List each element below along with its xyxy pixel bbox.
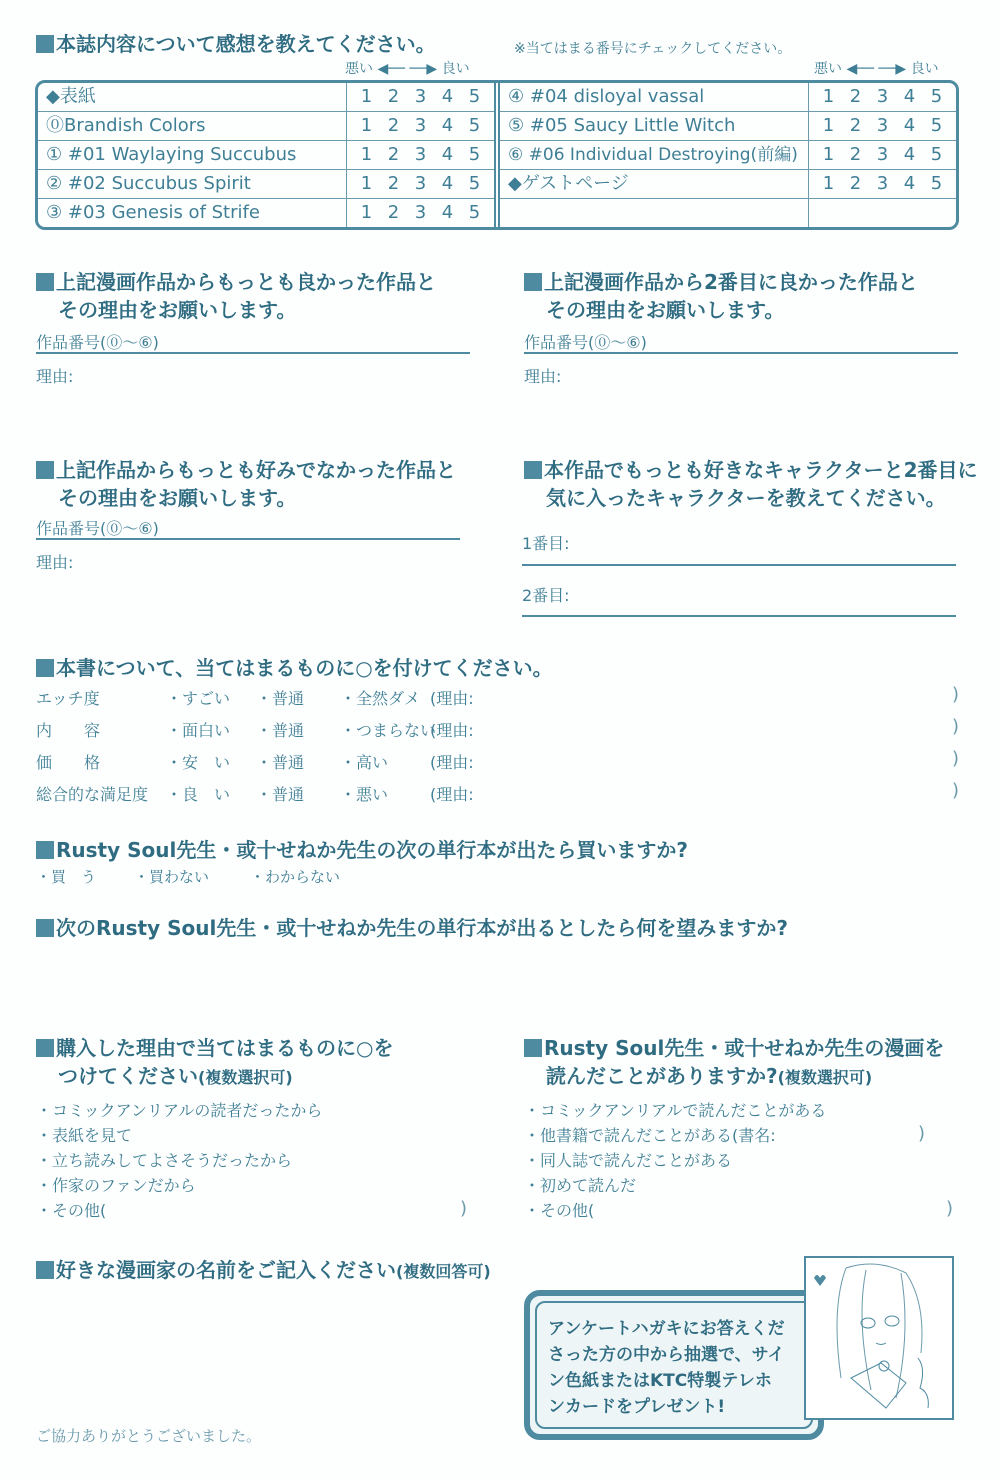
eval-reason-label: (理由: xyxy=(430,750,474,773)
rating-table-right: ④ #04 disloyal vassal12345 ⑤ #05 Saucy L… xyxy=(500,83,956,227)
purchase-other-close: ) xyxy=(460,1198,467,1219)
rating-3[interactable]: 3 xyxy=(877,170,888,198)
rating-3[interactable]: 3 xyxy=(877,112,888,140)
eval-row-label: 内 容 xyxy=(36,718,100,741)
rating-row-label: ⓪Brandish Colors xyxy=(38,112,346,140)
square-bullet-icon xyxy=(524,1039,542,1057)
read-before-options: ・コミックアンリアルで読んだことがある ・他書籍で読んだことがある(書名: ・同… xyxy=(524,1098,826,1223)
eval-option[interactable]: ・普通 xyxy=(256,782,304,805)
read-book-title-close: ) xyxy=(918,1123,925,1144)
rating-2[interactable]: 2 xyxy=(850,141,861,169)
read-before-heading: Rusty Soul先生・或十せねか先生の漫画を読んだことがありますか?(複数選… xyxy=(524,1034,944,1092)
purchase-option[interactable]: ・立ち読みしてよさそうだったから xyxy=(36,1148,322,1173)
rating-2[interactable]: 2 xyxy=(388,141,399,169)
square-bullet-icon xyxy=(36,841,54,859)
rating-row-label: ◆ゲストページ xyxy=(500,170,808,198)
rating-1[interactable]: 1 xyxy=(823,83,834,111)
character-first-field[interactable] xyxy=(522,564,956,566)
rating-3[interactable]: 3 xyxy=(877,141,888,169)
illustration-sketch-icon xyxy=(806,1258,952,1418)
rating-5[interactable]: 5 xyxy=(931,83,942,111)
eval-reason-label: (理由: xyxy=(430,782,474,805)
rating-options[interactable]: 12345 xyxy=(346,83,494,111)
rating-table: ◆表紙12345 ⓪Brandish Colors12345 ① #01 Way… xyxy=(35,80,959,230)
rating-3[interactable]: 3 xyxy=(415,199,426,227)
best-work-number-field[interactable] xyxy=(36,352,470,354)
purchase-option[interactable]: ・表紙を見て xyxy=(36,1123,322,1148)
rating-row: ⑤ #05 Saucy Little Witch12345 xyxy=(500,112,956,141)
eval-reason-close: ) xyxy=(952,684,959,705)
eval-option[interactable]: ・高い xyxy=(340,750,388,773)
square-bullet-icon xyxy=(36,659,54,677)
rating-2[interactable]: 2 xyxy=(388,199,399,227)
rating-row-label xyxy=(500,199,808,227)
rating-4[interactable]: 4 xyxy=(904,170,915,198)
rating-options[interactable]: 12345 xyxy=(808,141,956,169)
best-work-number-label: 作品番号(⓪〜⑥) xyxy=(36,330,159,353)
rating-1[interactable]: 1 xyxy=(361,170,372,198)
rating-1[interactable]: 1 xyxy=(361,83,372,111)
square-bullet-icon xyxy=(36,461,54,479)
rating-5[interactable]: 5 xyxy=(469,112,480,140)
rating-4[interactable]: 4 xyxy=(442,141,453,169)
second-work-heading: 上記漫画作品から2番目に良かった作品とその理由をお願いします。 xyxy=(524,268,918,324)
rating-row: ③ #03 Genesis of Strife12345 xyxy=(38,199,494,227)
rating-row: ① #01 Waylaying Succubus12345 xyxy=(38,141,494,170)
eval-option[interactable]: ・普通 xyxy=(256,718,304,741)
eval-reason-close: ) xyxy=(952,716,959,737)
promo-box: アンケートハガキにお答えくだ さった方の中から抽選で、サイ ン色紙またはKTC特… xyxy=(524,1290,824,1440)
read-option[interactable]: ・同人誌で読んだことがある xyxy=(524,1148,826,1173)
buy-next-heading: Rusty Soul先生・或十せねか先生の次の単行本が出たら買いますか? xyxy=(36,836,688,864)
scale-bad-label: 悪い xyxy=(345,61,373,77)
worst-work-number-label: 作品番号(⓪〜⑥) xyxy=(36,516,159,539)
rating-5[interactable]: 5 xyxy=(931,141,942,169)
rating-row: ◆表紙12345 xyxy=(38,83,494,112)
second-work-number-label: 作品番号(⓪〜⑥) xyxy=(524,330,647,353)
eval-reason-close: ) xyxy=(952,780,959,801)
scale-bad-label: 悪い xyxy=(814,61,842,77)
purchase-option-other[interactable]: ・その他( xyxy=(36,1198,322,1223)
rating-1[interactable]: 1 xyxy=(823,141,834,169)
second-work-number-field[interactable] xyxy=(524,352,958,354)
rating-options-empty xyxy=(808,199,956,227)
eval-option[interactable]: ・すごい xyxy=(166,686,230,709)
eval-row-label: 価 格 xyxy=(36,750,100,773)
eval-option[interactable]: ・全然ダメ xyxy=(340,686,420,709)
worst-work-reason-label: 理由: xyxy=(36,550,73,573)
rating-options[interactable]: 12345 xyxy=(346,112,494,140)
eval-reason-label: (理由: xyxy=(430,686,474,709)
rating-1[interactable]: 1 xyxy=(361,141,372,169)
square-bullet-icon xyxy=(36,1039,54,1057)
rating-options[interactable]: 12345 xyxy=(346,199,494,227)
rating-row-label: ◆表紙 xyxy=(38,83,346,111)
characters-heading: 本作品でもっとも好きなキャラクターと2番目に気に入ったキャラクターを教えてくださ… xyxy=(524,456,978,512)
eval-option[interactable]: ・安 い xyxy=(166,750,230,773)
character-illustration xyxy=(804,1256,954,1420)
read-other-close: ) xyxy=(946,1198,953,1219)
rating-5[interactable]: 5 xyxy=(469,199,480,227)
favorite-artists-heading: 好きな漫画家の名前をご記入ください(複数回答可) xyxy=(36,1256,491,1286)
eval-option[interactable]: ・良 い xyxy=(166,782,230,805)
read-option[interactable]: ・コミックアンリアルで読んだことがある xyxy=(524,1098,826,1123)
scale-arrow-icon: ◀── ──▶ xyxy=(377,61,437,77)
rating-row: ⓪Brandish Colors12345 xyxy=(38,112,494,141)
rating-2[interactable]: 2 xyxy=(388,170,399,198)
buy-option-unsure[interactable]: ・わからない xyxy=(250,866,340,887)
wish-heading: 次のRusty Soul先生・或十せねか先生の単行本が出るとしたら何を望みますか… xyxy=(36,914,788,942)
worst-work-number-field[interactable] xyxy=(36,538,460,540)
eval-row-label: エッチ度 xyxy=(36,686,100,709)
rating-row: ② #02 Succubus Spirit12345 xyxy=(38,170,494,199)
square-bullet-icon xyxy=(524,461,542,479)
rating-4[interactable]: 4 xyxy=(904,83,915,111)
rating-row-label: ① #01 Waylaying Succubus xyxy=(38,141,346,169)
rating-2[interactable]: 2 xyxy=(388,112,399,140)
square-bullet-icon xyxy=(524,273,542,291)
eval-option[interactable]: ・普通 xyxy=(256,686,304,709)
square-bullet-icon xyxy=(36,919,54,937)
scale-good-label: 良い xyxy=(442,61,470,77)
rating-5[interactable]: 5 xyxy=(469,170,480,198)
eval-option[interactable]: ・悪い xyxy=(340,782,388,805)
character-second-label: 2番目: xyxy=(522,583,570,606)
purchase-reason-options: ・コミックアンリアルの読者だったから ・表紙を見て ・立ち読みしてよさそうだった… xyxy=(36,1098,322,1223)
rating-options[interactable]: 12345 xyxy=(808,83,956,111)
eval-option[interactable]: ・つまらない xyxy=(340,718,436,741)
rating-1[interactable]: 1 xyxy=(823,170,834,198)
rating-options[interactable]: 12345 xyxy=(808,112,956,140)
promo-text: アンケートハガキにお答えくだ さった方の中から抽選で、サイ ン色紙またはKTC特… xyxy=(548,1316,785,1420)
eval-reason-label: (理由: xyxy=(430,718,474,741)
rating-3[interactable]: 3 xyxy=(415,83,426,111)
rating-5[interactable]: 5 xyxy=(469,141,480,169)
second-work-reason-field[interactable] xyxy=(524,386,958,436)
rating-5[interactable]: 5 xyxy=(469,83,480,111)
rating-row-label: ④ #04 disloyal vassal xyxy=(500,83,808,111)
rating-4[interactable]: 4 xyxy=(442,112,453,140)
eval-reason-close: ) xyxy=(952,748,959,769)
thanks-message: ご協力ありがとうございました。 xyxy=(36,1425,261,1446)
scale-legend-right: 悪い ◀── ──▶ 良い xyxy=(814,58,939,78)
rating-3[interactable]: 3 xyxy=(415,112,426,140)
book-eval-heading: 本書について、当てはまるものに○を付けてください。 xyxy=(36,654,553,682)
wish-answer-field[interactable] xyxy=(36,946,956,1026)
purchase-reason-heading: 購入した理由で当てはまるものに○をつけてください(複数選択可) xyxy=(36,1034,393,1092)
buy-option-no[interactable]: ・買わない xyxy=(134,866,209,887)
square-bullet-icon xyxy=(36,273,54,291)
rating-2[interactable]: 2 xyxy=(850,112,861,140)
rating-4[interactable]: 4 xyxy=(904,112,915,140)
rating-5[interactable]: 5 xyxy=(931,170,942,198)
rating-row-label: ② #02 Succubus Spirit xyxy=(38,170,346,198)
best-work-reason-label: 理由: xyxy=(36,364,73,387)
rating-row-label: ⑥ #06 Individual Destroying(前編) xyxy=(500,141,808,169)
rating-2[interactable]: 2 xyxy=(388,83,399,111)
ratings-heading: 本誌内容について感想を教えてください。 xyxy=(36,30,436,58)
favorite-artists-field[interactable] xyxy=(36,1290,506,1410)
worst-work-heading: 上記作品からもっとも好みでなかった作品とその理由をお願いします。 xyxy=(36,456,456,512)
rating-1[interactable]: 1 xyxy=(823,112,834,140)
rating-row: ◆ゲストページ12345 xyxy=(500,170,956,199)
buy-option-yes[interactable]: ・買 う xyxy=(36,866,96,887)
rating-row-label: ③ #03 Genesis of Strife xyxy=(38,199,346,227)
rating-3[interactable]: 3 xyxy=(415,170,426,198)
rating-2[interactable]: 2 xyxy=(850,83,861,111)
rating-4[interactable]: 4 xyxy=(442,83,453,111)
eval-row-label: 総合的な満足度 xyxy=(36,782,148,805)
rating-4[interactable]: 4 xyxy=(904,141,915,169)
rating-3[interactable]: 3 xyxy=(877,83,888,111)
purchase-option[interactable]: ・コミックアンリアルの読者だったから xyxy=(36,1098,322,1123)
rating-options[interactable]: 12345 xyxy=(808,170,956,198)
read-option[interactable]: ・初めて読んだ xyxy=(524,1173,826,1198)
scale-good-label: 良い xyxy=(911,61,939,77)
read-option-other[interactable]: ・その他( xyxy=(524,1198,826,1223)
ratings-note: ※当てはまる番号にチェックしてください。 xyxy=(514,38,791,58)
second-work-reason-label: 理由: xyxy=(524,364,561,387)
rating-4[interactable]: 4 xyxy=(442,199,453,227)
square-bullet-icon xyxy=(36,1261,54,1279)
read-option-other-book[interactable]: ・他書籍で読んだことがある(書名: xyxy=(524,1123,826,1148)
character-second-field[interactable] xyxy=(522,615,956,617)
scale-arrow-icon: ◀── ──▶ xyxy=(846,61,906,77)
rating-row-empty xyxy=(500,199,956,227)
rating-options[interactable]: 12345 xyxy=(346,170,494,198)
rating-2[interactable]: 2 xyxy=(850,170,861,198)
rating-1[interactable]: 1 xyxy=(361,112,372,140)
rating-options[interactable]: 12345 xyxy=(346,141,494,169)
character-first-label: 1番目: xyxy=(522,531,570,554)
purchase-option[interactable]: ・作家のファンだから xyxy=(36,1173,322,1198)
rating-row: ④ #04 disloyal vassal12345 xyxy=(500,83,956,112)
eval-option[interactable]: ・面白い xyxy=(166,718,230,741)
best-work-heading: 上記漫画作品からもっとも良かった作品とその理由をお願いします。 xyxy=(36,268,436,324)
rating-1[interactable]: 1 xyxy=(361,199,372,227)
worst-work-reason-field[interactable] xyxy=(36,572,460,622)
rating-row-label: ⑤ #05 Saucy Little Witch xyxy=(500,112,808,140)
best-work-reason-field[interactable] xyxy=(36,386,470,436)
rating-5[interactable]: 5 xyxy=(931,112,942,140)
scale-legend-left: 悪い ◀── ──▶ 良い xyxy=(345,58,470,78)
square-bullet-icon xyxy=(36,35,54,53)
rating-4[interactable]: 4 xyxy=(442,170,453,198)
rating-3[interactable]: 3 xyxy=(415,141,426,169)
rating-row: ⑥ #06 Individual Destroying(前編)12345 xyxy=(500,141,956,170)
rating-table-left: ◆表紙12345 ⓪Brandish Colors12345 ① #01 Way… xyxy=(38,83,494,227)
eval-option[interactable]: ・普通 xyxy=(256,750,304,773)
